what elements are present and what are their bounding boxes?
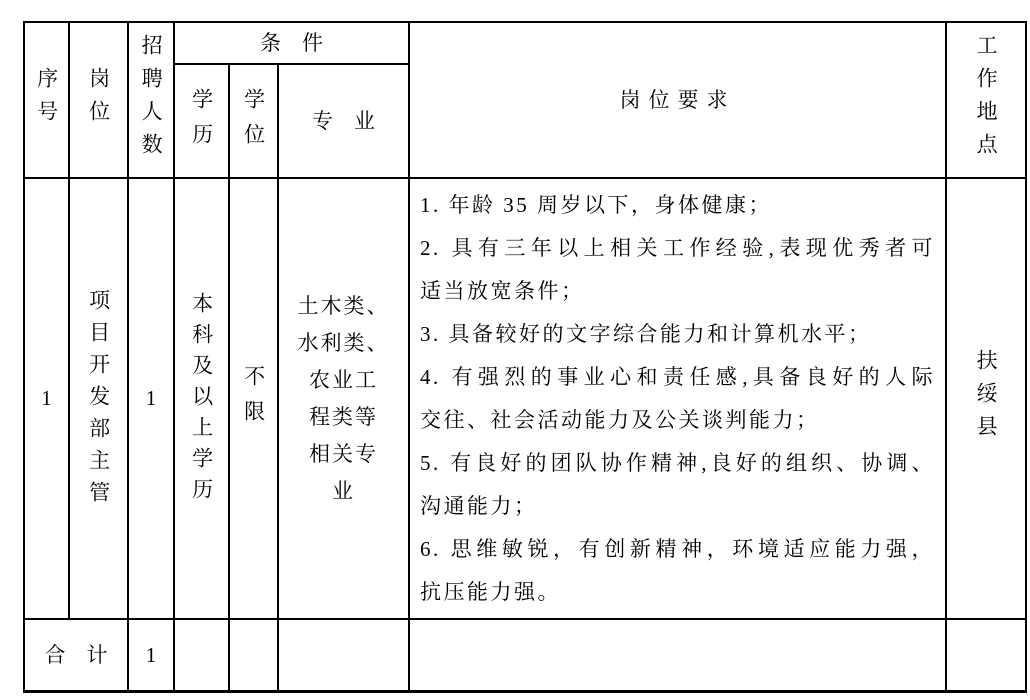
header-headcount: 招聘人数	[128, 22, 174, 178]
header-serial: 序号	[24, 22, 69, 178]
cell-degree: 不限	[229, 178, 278, 619]
header-location: 工作地点	[946, 22, 1026, 178]
header-degree: 学位	[229, 64, 278, 178]
header-requirements-label: 岗位要求	[620, 88, 736, 112]
cell-position: 项目开发部主管	[69, 178, 128, 619]
requirement-line: 1. 年龄 35 周岁以下，身体健康；	[420, 184, 935, 227]
requirement-line: 4. 有强烈的事业心和责任感,具备良好的人际	[420, 356, 935, 399]
total-label-cell: 合 计	[24, 619, 128, 691]
cell-headcount: 1	[128, 178, 174, 619]
total-empty-education	[174, 619, 229, 691]
cell-major: 土木类、 水利类、 农业工 程类等 相关专 业	[278, 178, 409, 619]
cell-education: 本科及以上学历	[174, 178, 229, 619]
recruitment-table: 序号 岗位 招聘人数 条 件 岗位要求 工作地点 学历 学位 专 业 1 项目开…	[23, 21, 1027, 693]
header-education-label: 学历	[188, 88, 214, 158]
document-page: 序号 岗位 招聘人数 条 件 岗位要求 工作地点 学历 学位 专 业 1 项目开…	[0, 0, 1030, 700]
total-empty-requirements	[409, 619, 946, 691]
cell-location-text: 扶绥县	[973, 349, 999, 448]
header-conditions-label: 条 件	[260, 31, 323, 55]
header-major: 专 业	[278, 64, 409, 178]
header-position-label: 岗位	[85, 67, 111, 133]
requirement-line: 沟通能力；	[420, 485, 935, 528]
total-empty-location	[946, 619, 1026, 691]
requirement-line: 抗压能力强。	[420, 571, 935, 614]
requirement-line: 3. 具备较好的文字综合能力和计算机水平；	[420, 313, 935, 356]
header-position: 岗位	[69, 22, 128, 178]
header-education: 学历	[174, 64, 229, 178]
header-requirements: 岗位要求	[409, 22, 946, 178]
header-headcount-label: 招聘人数	[138, 34, 164, 166]
requirement-line: 适当放宽条件；	[420, 270, 935, 313]
total-empty-degree	[229, 619, 278, 691]
total-empty-major	[278, 619, 409, 691]
header-degree-label: 学位	[240, 88, 266, 158]
header-location-label: 工作地点	[973, 34, 999, 166]
cell-requirements: 1. 年龄 35 周岁以下，身体健康； 2. 具有三年以上相关工作经验,表现优秀…	[409, 178, 946, 619]
cell-education-text: 本科及以上学历	[188, 292, 214, 509]
header-conditions: 条 件	[174, 22, 409, 64]
requirement-line: 5. 有良好的团队协作精神,良好的组织、协调、	[420, 442, 935, 485]
cell-degree-text: 不限	[240, 365, 266, 435]
header-serial-label: 序号	[33, 67, 59, 133]
requirement-line: 6. 思维敏锐，有创新精神，环境适应能力强，	[420, 528, 935, 571]
cell-location: 扶绥县	[946, 178, 1026, 619]
header-major-label: 专 业	[312, 109, 375, 133]
cell-position-text: 项目开发部主管	[85, 289, 111, 513]
cell-serial: 1	[24, 178, 69, 619]
requirement-line: 2. 具有三年以上相关工作经验,表现优秀者可	[420, 227, 935, 270]
requirement-line: 交往、社会活动能力及公关谈判能力；	[420, 399, 935, 442]
total-headcount-cell: 1	[128, 619, 174, 691]
